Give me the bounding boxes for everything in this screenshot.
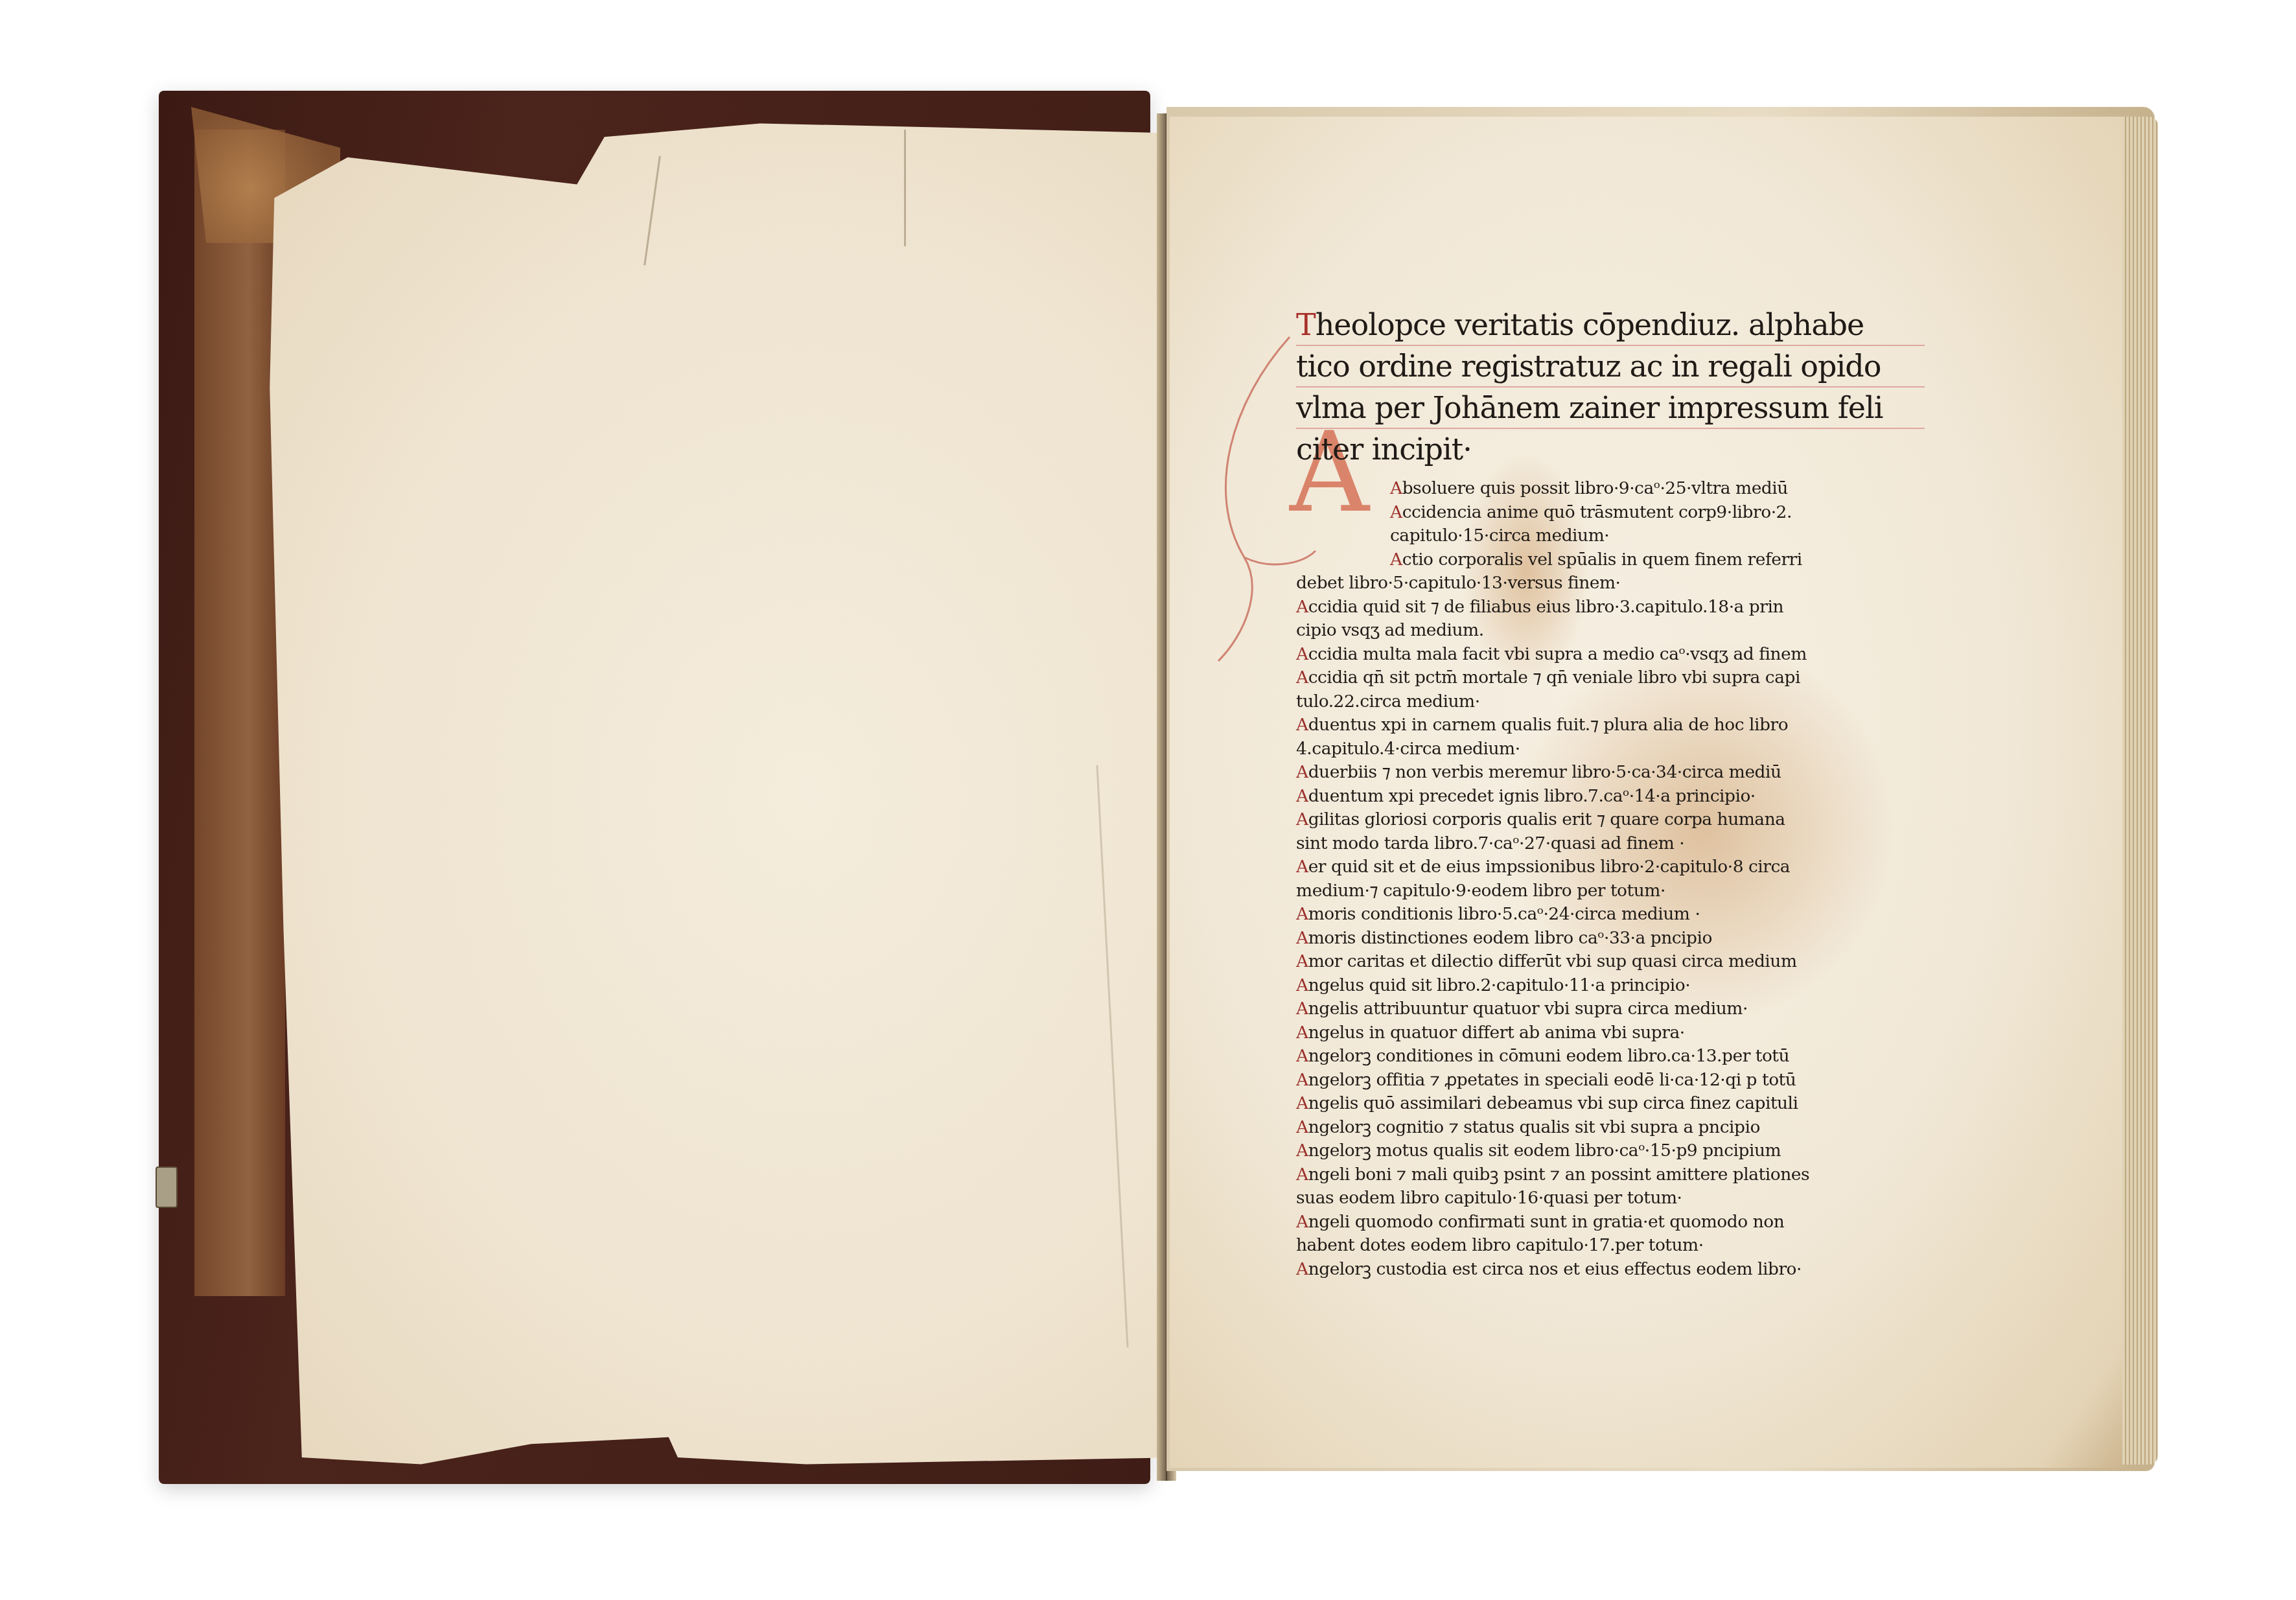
index-entry: Accidia multa mala facit vbi supra a med… bbox=[1296, 643, 1925, 667]
rubricated-letter: A bbox=[1296, 809, 1308, 829]
rubricated-letter: A bbox=[1296, 644, 1308, 664]
page-fore-edges bbox=[2122, 117, 2158, 1465]
index-entry: Absoluere quis possit libro·9·caᵒ·25·vlt… bbox=[1296, 477, 1925, 501]
index-entry: Angelorꝫ custodia est circa nos et eius … bbox=[1296, 1258, 1925, 1282]
entry-text: duerbiis ⁊ non verbis meremur libro·5·ca… bbox=[1308, 762, 1781, 782]
index-entry: Amor caritas et dilectio differūt vbi su… bbox=[1296, 950, 1925, 974]
entry-text: moris distinctiones eodem libro caᵒ·33·a… bbox=[1308, 928, 1712, 948]
incipit-title: Theolopce veritatis cōpendiuz. alphabe t… bbox=[1296, 305, 1925, 469]
entry-text: suas eodem libro capitulo·16·quasi per t… bbox=[1296, 1188, 1682, 1208]
rubricated-letter: A bbox=[1390, 550, 1402, 570]
entry-text: gilitas gloriosi corporis qualis erit ⁊ … bbox=[1308, 809, 1785, 829]
index-entries: Absoluere quis possit libro·9·caᵒ·25·vlt… bbox=[1296, 477, 1925, 1281]
index-entry: Angelis attribuuntur quatuor vbi supra c… bbox=[1296, 997, 1925, 1021]
index-entry: Angelis quō assimilari debeamus vbi sup … bbox=[1296, 1092, 1925, 1116]
rubricated-letter: A bbox=[1390, 502, 1402, 522]
index-entry: 4.capitulo.4·circa medium· bbox=[1296, 737, 1925, 761]
index-entry: Aduerbiis ⁊ non verbis meremur libro·5·c… bbox=[1296, 761, 1925, 785]
index-entry: cipio vsqʒ ad medium. bbox=[1296, 619, 1925, 643]
title-line: citer incipit· bbox=[1296, 429, 1925, 469]
rubricated-letter: A bbox=[1296, 951, 1308, 971]
index-entry: Agilitas gloriosi corporis qualis erit ⁊… bbox=[1296, 808, 1925, 832]
rubricated-letter: A bbox=[1296, 667, 1308, 688]
rubricated-letter: A bbox=[1296, 715, 1308, 735]
index-entry: Angelorꝫ offitia ⁊ ꝓpetates in speciali … bbox=[1296, 1069, 1925, 1093]
entry-text: ngelus in quatuor differt ab anima vbi s… bbox=[1308, 1023, 1685, 1043]
exposed-board-edge bbox=[194, 130, 285, 1296]
entry-text: debet libro·5·capitulo·13·versus finem· bbox=[1296, 573, 1621, 593]
entry-text: ngeli quomodo confirmati sunt in gratia·… bbox=[1308, 1212, 1785, 1232]
index-entry: medium·⁊ capitulo·9·eodem libro per totu… bbox=[1296, 879, 1925, 903]
entry-text: mor caritas et dilectio differūt vbi sup… bbox=[1308, 951, 1797, 971]
left-blank-flyleaf bbox=[256, 117, 1173, 1471]
entry-text: habent dotes eodem libro capitulo·17.per… bbox=[1296, 1235, 1704, 1255]
index-entry: Actio corporalis vel spūalis in quem fin… bbox=[1296, 548, 1925, 572]
rubricated-letter: A bbox=[1296, 1070, 1308, 1090]
rubricated-letter: A bbox=[1296, 762, 1308, 782]
rubricated-letter: A bbox=[1390, 478, 1402, 498]
entry-text: ccidia multa mala facit vbi supra a medi… bbox=[1308, 644, 1807, 664]
entry-text: 4.capitulo.4·circa medium· bbox=[1296, 739, 1520, 759]
rubricated-letter: A bbox=[1296, 786, 1308, 806]
index-entry: suas eodem libro capitulo·16·quasi per t… bbox=[1296, 1187, 1925, 1211]
index-entry: Angelus quid sit libro.2·capitulo·11·a p… bbox=[1296, 974, 1925, 998]
paper-tear bbox=[904, 130, 906, 246]
entry-text: ccidia quid sit ⁊ de filiabus eius libro… bbox=[1308, 597, 1783, 617]
rubricated-letter: A bbox=[1296, 1212, 1308, 1232]
entry-text: ngelus quid sit libro.2·capitulo·11·a pr… bbox=[1308, 975, 1690, 995]
index-entry: Angelorꝫ motus qualis sit eodem libro·ca… bbox=[1296, 1139, 1925, 1163]
index-entry: habent dotes eodem libro capitulo·17.per… bbox=[1296, 1234, 1925, 1258]
entry-text: ngelis quō assimilari debeamus vbi sup c… bbox=[1308, 1093, 1798, 1113]
entry-text: ccidia qn̄ sit pctm̄ mortale ⁊ qn̄ venia… bbox=[1308, 667, 1800, 688]
paper-tear bbox=[644, 156, 661, 266]
index-entry: sint modo tarda libro.7·caᵒ·27·quasi ad … bbox=[1296, 832, 1925, 856]
printed-text-block: Theolopce veritatis cōpendiuz. alphabe t… bbox=[1296, 305, 1925, 1281]
rubricated-letter: A bbox=[1296, 928, 1308, 948]
entry-text: ngelorꝫ cognitio ⁊ status qualis sit vbi… bbox=[1308, 1117, 1760, 1137]
entry-text: duentum xpi precedet ignis libro.7.caᵒ·1… bbox=[1308, 786, 1756, 806]
index-entry: Amoris distinctiones eodem libro caᵒ·33·… bbox=[1296, 927, 1925, 951]
title-text: tico ordine registratuz ac in regali opi… bbox=[1296, 349, 1881, 384]
index-entry: Accidencia anime quō trāsmutent corp9·li… bbox=[1296, 501, 1925, 525]
rubricated-letter: A bbox=[1296, 597, 1308, 617]
entry-text: duentus xpi in carnem qualis fuit.⁊ plur… bbox=[1308, 715, 1789, 735]
entry-text: ngelorꝫ custodia est circa nos et eius e… bbox=[1308, 1259, 1802, 1279]
title-text: vlma per Johānem zainer impressum feli bbox=[1296, 390, 1883, 425]
index-entry: Aer quid sit et de eius impssionibus lib… bbox=[1296, 855, 1925, 879]
index-entry: Angeli quomodo confirmati sunt in gratia… bbox=[1296, 1211, 1925, 1235]
entry-text: capitulo·15·circa medium· bbox=[1390, 526, 1609, 546]
index-entry: Aduentum xpi precedet ignis libro.7.caᵒ·… bbox=[1296, 785, 1925, 809]
entry-text: ngelis attribuuntur quatuor vbi supra ci… bbox=[1308, 999, 1748, 1019]
entry-text: ctio corporalis vel spūalis in quem fine… bbox=[1402, 550, 1802, 570]
index-entry: Angelorꝫ conditiones in cōmuni eodem lib… bbox=[1296, 1045, 1925, 1069]
entry-text: ngelorꝫ offitia ⁊ ꝓpetates in speciali e… bbox=[1308, 1070, 1796, 1090]
index-entry: tulo.22.circa medium· bbox=[1296, 690, 1925, 714]
title-line: vlma per Johānem zainer impressum feli bbox=[1296, 388, 1925, 429]
rubricated-letter: A bbox=[1296, 904, 1308, 924]
index-entry: Angelorꝫ cognitio ⁊ status qualis sit vb… bbox=[1296, 1116, 1925, 1140]
rubricated-letter: A bbox=[1296, 857, 1308, 877]
title-line: tico ordine registratuz ac in regali opi… bbox=[1296, 346, 1925, 388]
rubricated-letter: A bbox=[1296, 1093, 1308, 1113]
entry-text: ngelorꝫ motus qualis sit eodem libro·caᵒ… bbox=[1308, 1141, 1781, 1161]
entry-text: tulo.22.circa medium· bbox=[1296, 691, 1480, 712]
title-text: citer incipit· bbox=[1296, 432, 1472, 467]
rubricated-letter: A bbox=[1296, 1165, 1308, 1185]
entry-text: ngeli boni ⁊ mali quibꝫ psint ⁊ an possi… bbox=[1308, 1165, 1809, 1185]
index-entry: Angelus in quatuor differt ab anima vbi … bbox=[1296, 1021, 1925, 1045]
title-line: Theolopce veritatis cōpendiuz. alphabe bbox=[1296, 305, 1925, 346]
index-entry: Amoris conditionis libro·5.caᵒ·24·circa … bbox=[1296, 903, 1925, 927]
entry-text: ccidencia anime quō trāsmutent corp9·lib… bbox=[1402, 502, 1792, 522]
index-entry: Aduentus xpi in carnem qualis fuit.⁊ plu… bbox=[1296, 713, 1925, 737]
index-entry: Accidia quid sit ⁊ de filiabus eius libr… bbox=[1296, 596, 1925, 620]
rubricated-letter: A bbox=[1296, 1046, 1308, 1066]
rubricated-letter: A bbox=[1296, 1023, 1308, 1043]
title-text: heolopce veritatis cōpendiuz. alphabe bbox=[1316, 307, 1864, 342]
entry-text: cipio vsqʒ ad medium. bbox=[1296, 620, 1484, 640]
index-entry: debet libro·5·capitulo·13·versus finem· bbox=[1296, 572, 1925, 596]
metal-clasp-icon bbox=[156, 1166, 178, 1208]
entry-text: er quid sit et de eius impssionibus libr… bbox=[1308, 857, 1790, 877]
index-entry: Accidia qn̄ sit pctm̄ mortale ⁊ qn̄ veni… bbox=[1296, 666, 1925, 690]
index-entry: capitulo·15·circa medium· bbox=[1296, 524, 1925, 548]
rubricated-letter: A bbox=[1296, 999, 1308, 1019]
entry-text: sint modo tarda libro.7·caᵒ·27·quasi ad … bbox=[1296, 833, 1684, 853]
rubricated-letter: A bbox=[1296, 1141, 1308, 1161]
entry-text: moris conditionis libro·5.caᵒ·24·circa m… bbox=[1308, 904, 1700, 924]
entry-text: ngelorꝫ conditiones in cōmuni eodem libr… bbox=[1308, 1046, 1789, 1066]
rubricated-letter: A bbox=[1296, 1117, 1308, 1137]
rubricated-letter: A bbox=[1296, 1259, 1308, 1279]
paper-crease bbox=[1096, 765, 1128, 1348]
entry-text: medium·⁊ capitulo·9·eodem libro per totu… bbox=[1296, 881, 1665, 901]
rubricated-letter: A bbox=[1296, 975, 1308, 995]
entry-text: bsoluere quis possit libro·9·caᵒ·25·vltr… bbox=[1402, 478, 1788, 498]
rubricated-letter: T bbox=[1296, 307, 1316, 342]
index-entry: Angeli boni ⁊ mali quibꝫ psint ⁊ an poss… bbox=[1296, 1163, 1925, 1187]
